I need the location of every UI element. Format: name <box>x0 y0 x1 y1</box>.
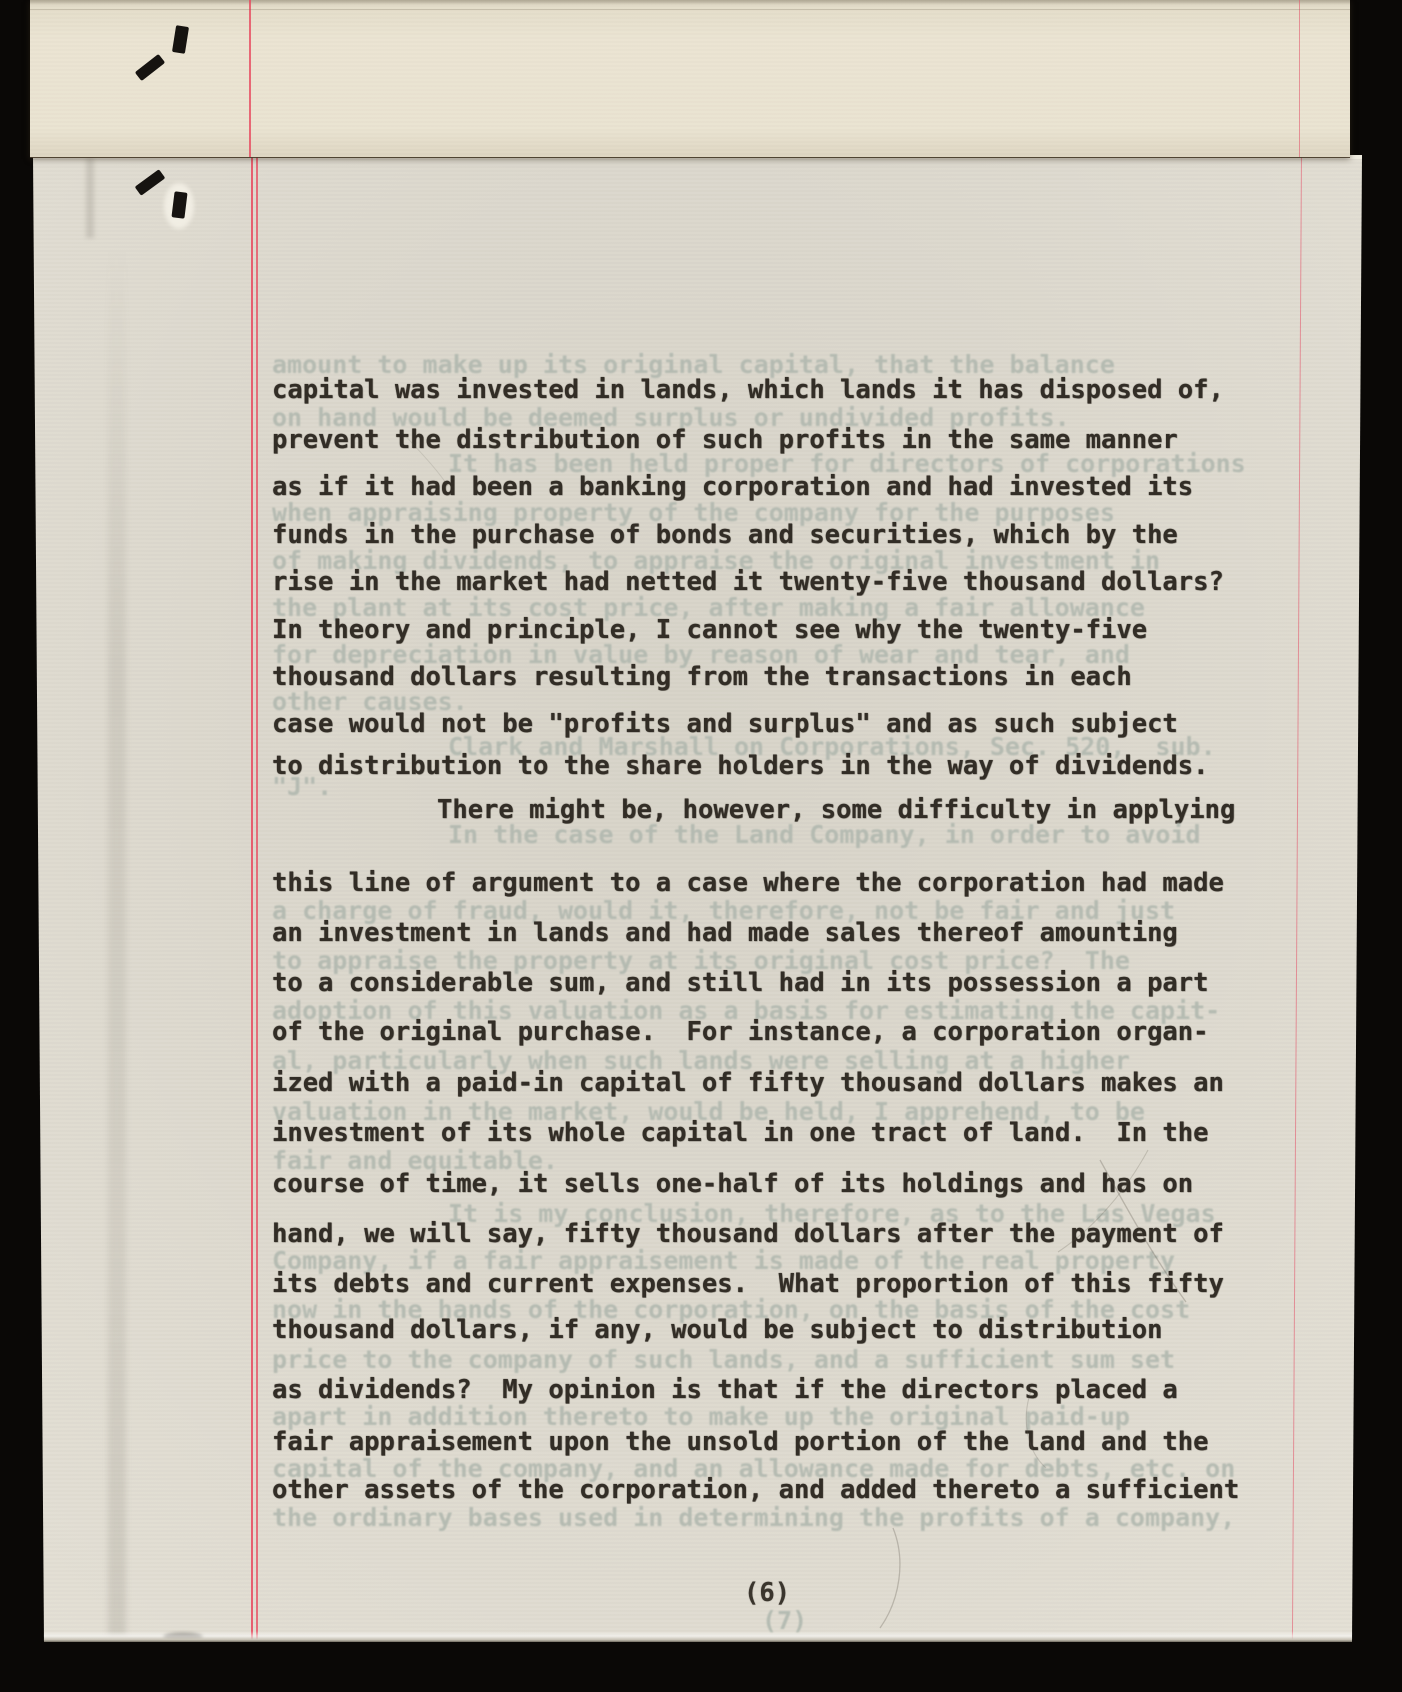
paper-smudge-under-fold <box>86 158 94 238</box>
left-margin-line-inner <box>256 155 258 1642</box>
right-margin-line <box>1292 155 1302 1642</box>
paper-streak <box>108 245 126 1635</box>
punch-hole-2 <box>135 54 165 81</box>
scanned-document-screenshot: { "doc": { "page_number": "(6)", "ghost_… <box>0 0 1402 1692</box>
fold-right-margin-line <box>1299 0 1300 157</box>
punch-hole-3 <box>135 169 166 196</box>
document-page <box>0 155 1402 1642</box>
bottom-edge-smudge <box>163 1633 203 1641</box>
fold-left-margin-line <box>249 0 251 157</box>
left-margin-line-outer <box>251 155 253 1642</box>
punch-hole-1 <box>172 25 189 54</box>
folded-page-top <box>30 0 1350 157</box>
